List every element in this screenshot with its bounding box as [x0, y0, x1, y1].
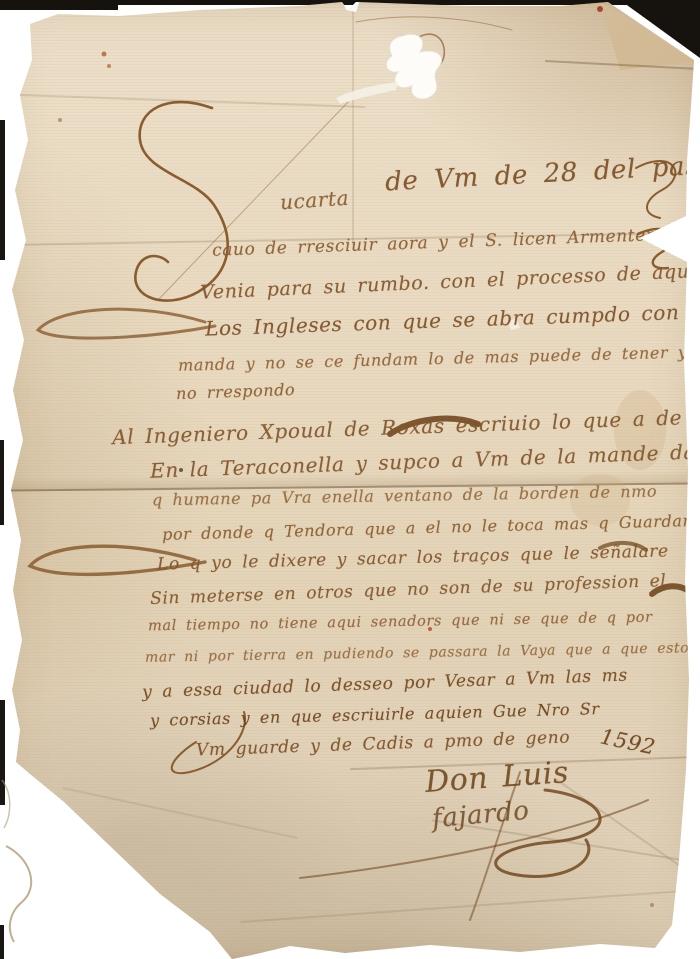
ink-flourish-layer	[0, 0, 700, 959]
margin-sweep-flourish	[38, 309, 215, 338]
initial-s-flourish	[135, 102, 227, 301]
manuscript-line: ucarta	[279, 186, 350, 215]
hairline-stroke	[356, 17, 512, 30]
manuscript-paper: ucarta de Vm de 28 del passdo cauo de rr…	[0, 0, 700, 959]
scanned-manuscript: ucarta de Vm de 28 del passdo cauo de rr…	[0, 0, 700, 959]
